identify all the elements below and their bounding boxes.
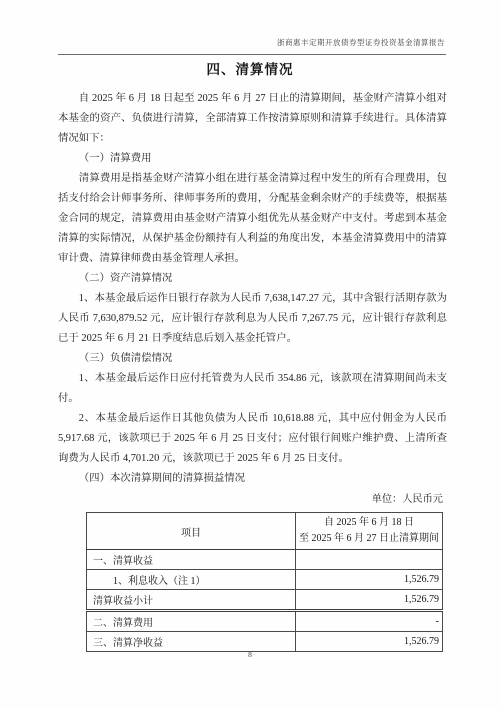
paragraph-intro: 自 2025 年 6 月 18 日起至 2025 年 6 月 27 日止的清算期… [58, 89, 447, 149]
subheading-debt-settlement: （三）负债清偿情况 [58, 349, 447, 369]
table-header-item: 项目 [87, 513, 296, 550]
table-row-liquidation-income: 一、清算收益 [87, 550, 443, 570]
table-row-liquidation-expense: 二、清算费用 - [87, 611, 443, 632]
paragraph-other-liabilities: 2、本基金最后运作日其他负债为人民币 10,618.88 元，其中应付佣金为人民… [58, 409, 447, 469]
subheading-asset-liquidation: （二）资产清算情况 [58, 269, 447, 289]
table-row-income-subtotal: 清算收益小计 1,526.79 [87, 590, 443, 611]
paragraph-custody-fee: 1、本基金最后运作日应付托管费为人民币 354.86 元，该款项在清算期间尚未支… [58, 369, 447, 409]
running-header: 浙商惠丰定期开放债券型证券投资基金清算报告 [58, 37, 445, 48]
liquidation-profit-loss-table: 项目 自 2025 年 6 月 18 日 至 2025 年 6 月 27 日止清… [86, 512, 443, 652]
paragraph-asset-liquidation: 1、本基金最后运作日银行存款为人民币 7,638,147.27 元，其中含银行活… [58, 289, 447, 349]
subheading-profit-loss: （四）本次清算期间的清算损益情况 [58, 469, 447, 489]
table-header-period: 自 2025 年 6 月 18 日 至 2025 年 6 月 27 日止清算期间 [296, 513, 443, 550]
subheading-liquidation-expenses: （一）清算费用 [58, 149, 447, 169]
section-title: 四、清算情况 [0, 58, 500, 78]
header-divider [58, 54, 446, 55]
table-row-interest-income: 1、利息收入（注 1） 1,526.79 [87, 570, 443, 590]
page-number: 8 [0, 650, 500, 659]
table-header-row: 项目 自 2025 年 6 月 18 日 至 2025 年 6 月 27 日止清… [87, 513, 443, 550]
table-row-net-income: 三、清算净收益 1,526.79 [87, 632, 443, 652]
body-text: 自 2025 年 6 月 18 日起至 2025 年 6 月 27 日止的清算期… [58, 89, 447, 489]
document-page: 浙商惠丰定期开放债券型证券投资基金清算报告 四、清算情况 自 2025 年 6 … [0, 0, 500, 708]
paragraph-liquidation-expenses: 清算费用是指基金财产清算小组在进行基金清算过程中发生的所有合理费用，包括支付给会… [58, 169, 447, 269]
unit-note: 单位：人民币元 [372, 490, 443, 505]
